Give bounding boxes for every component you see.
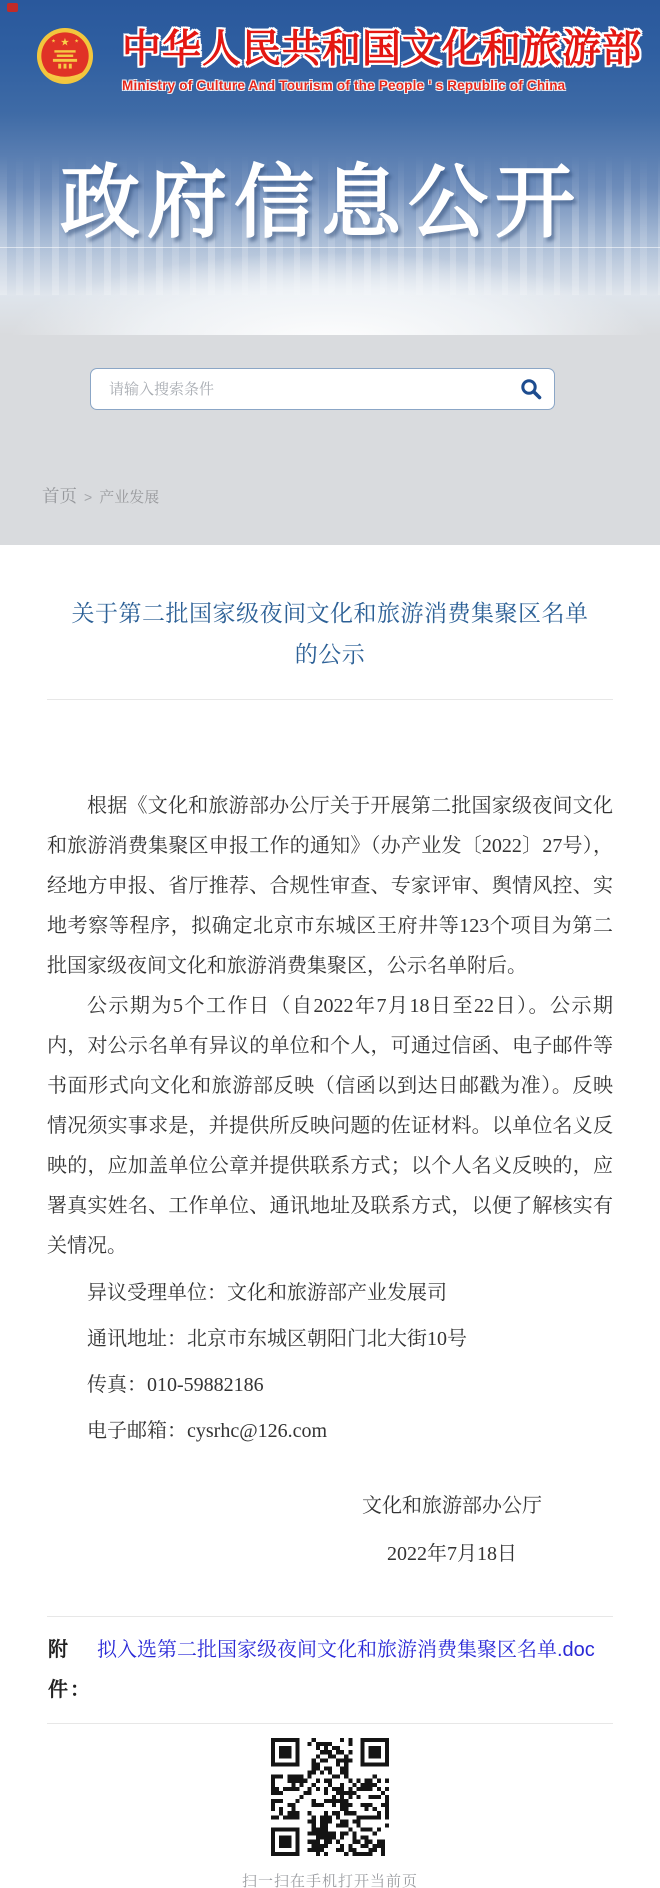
search-section: 首页 > 产业发展: [0, 335, 660, 545]
divider-under-title: [47, 699, 613, 700]
search-box[interactable]: [90, 368, 555, 410]
search-input[interactable]: [91, 369, 508, 409]
contact-line-email: 电子邮箱：cysrhc@126.com: [47, 1408, 613, 1454]
national-emblem-icon: ★ ★ ★: [36, 27, 94, 85]
attachment-row: 附件： 拟入选第二批国家级夜间文化和旅游消费集聚区名单.doc: [0, 1617, 660, 1723]
corner-decoration: [7, 3, 18, 12]
contact-info: 异议受理单位：文化和旅游部产业发展司 通讯地址：北京市东城区朝阳门北大街10号 …: [0, 1270, 660, 1454]
contact-line-fax: 传真：010-59882186: [47, 1362, 613, 1408]
breadcrumb-current: 产业发展: [99, 486, 159, 507]
page: ★ ★ ★ 中华人民共和国文化和旅游部 Ministry of Culture …: [0, 0, 660, 1888]
signature-date: 2022年7月18日: [362, 1530, 542, 1578]
site-logo-link[interactable]: ★ ★ ★ 中华人民共和国文化和旅游部 Ministry of Culture …: [36, 18, 642, 93]
contact-line-unit: 异议受理单位：文化和旅游部产业发展司: [47, 1270, 613, 1316]
svg-text:★: ★: [74, 38, 79, 44]
qr-section: 扫一扫在手机打开当前页: [0, 1724, 660, 1888]
breadcrumb-home-link[interactable]: 首页: [42, 483, 77, 508]
site-header-banner: ★ ★ ★ 中华人民共和国文化和旅游部 Ministry of Culture …: [0, 0, 660, 335]
article-body: 根据《文化和旅游部办公厅关于开展第二批国家级夜间文化和旅游消费集聚区申报工作的通…: [0, 786, 660, 1266]
search-icon: [519, 377, 543, 401]
qr-code-icon: [271, 1738, 389, 1856]
search-button[interactable]: [508, 369, 554, 409]
ministry-title: 中华人民共和国文化和旅游部: [122, 18, 642, 74]
article-title: 关于第二批国家级夜间文化和旅游消费集聚区名单的公示: [70, 593, 590, 675]
contact-line-address: 通讯地址：北京市东城区朝阳门北大街10号: [47, 1316, 613, 1362]
breadcrumb: 首页 > 产业发展: [42, 483, 159, 508]
article-paragraph: 公示期为5个工作日（自2022年7月18日至22日）。公示期内，对公示名单有异议…: [47, 986, 613, 1266]
gov-info-disclosure-banner: 政府信息公开: [60, 138, 582, 253]
article-content: 关于第二批国家级夜间文化和旅游消费集聚区名单的公示 根据《文化和旅游部办公厅关于…: [0, 545, 660, 1888]
ministry-subtitle-en: Ministry of Culture And Tourism of the P…: [122, 78, 642, 93]
attachment-link[interactable]: 拟入选第二批国家级夜间文化和旅游消费集聚区名单.doc: [97, 1630, 660, 1670]
attachment-label: 附件：: [48, 1630, 92, 1710]
breadcrumb-separator: >: [84, 489, 92, 505]
qr-caption: 扫一扫在手机打开当前页: [0, 1870, 660, 1888]
article-paragraph: 根据《文化和旅游部办公厅关于开展第二批国家级夜间文化和旅游消费集聚区申报工作的通…: [47, 786, 613, 986]
svg-text:★: ★: [51, 38, 56, 44]
svg-text:★: ★: [60, 36, 70, 48]
signature-block: 文化和旅游部办公厅 2022年7月18日: [362, 1482, 542, 1578]
signature-org: 文化和旅游部办公厅: [362, 1482, 542, 1530]
